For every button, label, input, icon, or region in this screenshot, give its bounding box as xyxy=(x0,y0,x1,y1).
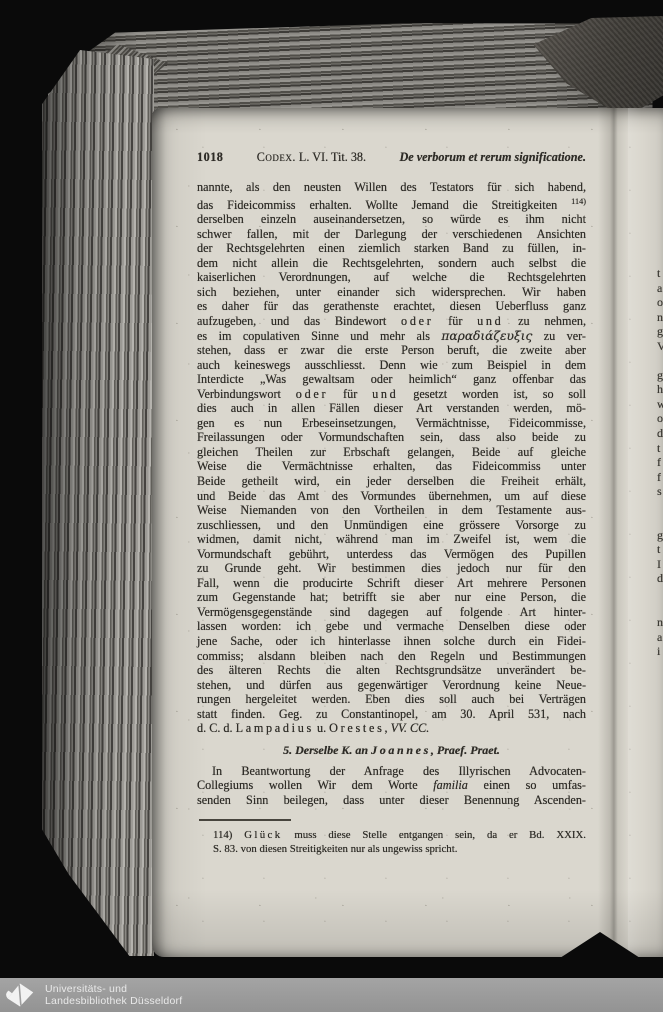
text-line: Vermögensgegenstände sind dagegen auf fo… xyxy=(197,605,586,620)
page-edges-left xyxy=(42,50,154,956)
text-fragment xyxy=(657,353,663,368)
text-fragment: i xyxy=(657,644,663,659)
library-name: Universitäts- und Landesbibliothek Düsse… xyxy=(45,983,182,1008)
text-fragment xyxy=(657,513,663,528)
library-name-line1: Universitäts- und xyxy=(45,983,182,996)
text-fragment: h xyxy=(657,382,663,397)
text-line: jene Sache, oder ich hinterlasse ihnen s… xyxy=(197,634,586,649)
text-line: schwer fallen, mit der Darlegung der ver… xyxy=(197,227,586,242)
text-line: der Rechtsgelehrten einen ziemlich stark… xyxy=(197,241,586,256)
text-line: In Beantwortung der Anfrage des Illyrisc… xyxy=(197,764,586,779)
text-fragment: d xyxy=(657,426,663,441)
text-fragment: n xyxy=(657,615,663,630)
text-line: senden Sinn beilegen, dass unter dieser … xyxy=(197,793,586,808)
text-line: gen es nun Erbeseinsetzungen, Vermächtni… xyxy=(197,416,586,431)
header-running-title: De verborum et rerum significatione. xyxy=(399,150,586,165)
text-line: Beide getheilt wird, ein jeder derselben… xyxy=(197,474,586,489)
running-header: 1018 Codex. L. VI. Tit. 38. De verborum … xyxy=(197,150,586,165)
section-heading: 5. Derselbe K. an Joannes, Praef. Praet. xyxy=(197,743,586,758)
page-number: 1018 xyxy=(197,150,223,165)
text-line: zu Grunde geht. Wir bestimmen dies jedoc… xyxy=(197,561,586,576)
text-line: rungen hergeleitet werden. Eben dies sol… xyxy=(197,692,586,707)
text-fragment: a xyxy=(657,630,663,645)
text-line: Vormundschaft gebührt, unterdess das Ver… xyxy=(197,547,586,562)
page-bottom-shadow xyxy=(560,932,640,958)
text-line: stehen, dass er zwar die erste Person be… xyxy=(197,343,586,358)
book-page: taongVghwodtffsgtIdnai 1018 Codex. L. VI… xyxy=(152,108,663,957)
text-fragment: f xyxy=(657,470,663,485)
text-fragment: s xyxy=(657,484,663,499)
facing-page-text-fragments: taongVghwodtffsgtIdnai xyxy=(657,266,663,659)
text-fragment: w xyxy=(657,397,663,412)
text-line: zuschliessen, und den Unmündigen eine gr… xyxy=(197,518,586,533)
text-line: aufzugeben, und das Bindewort oder für u… xyxy=(197,314,586,329)
library-watermark-bar: Universitäts- und Landesbibliothek Düsse… xyxy=(0,978,663,1012)
text-line: nannte, als den neusten Willen des Testa… xyxy=(197,180,586,195)
text-line: d. C. d. Lampadius u. Orestes, VV. CC. xyxy=(197,721,586,736)
text-fragment: g xyxy=(657,368,663,383)
text-line: Weise die Vermächtnisse erhalten, das Fi… xyxy=(197,459,586,474)
text-line: statt finden. Geg. zu Constantinopel, am… xyxy=(197,707,586,722)
text-line: Interdicte „Was gewaltsam oder heimlich“… xyxy=(197,372,586,387)
text-line: widmen, damit nicht, während man im Zwei… xyxy=(197,532,586,547)
text-fragment: f xyxy=(657,455,663,470)
text-fragment: g xyxy=(657,324,663,339)
text-line: Collegiums wollen Wir dem Worte familia … xyxy=(197,778,586,793)
text-line: dies auch in allen Fällen dieser Art ver… xyxy=(197,401,586,416)
text-line: und Beide das Amt des Vormundes übernehm… xyxy=(197,489,586,504)
text-line: das Fideicommiss erhalten. Wollte Jemand… xyxy=(197,195,586,213)
text-line: gleichen Theilen zur Erbschaft gelangen,… xyxy=(197,445,586,460)
text-line: derselben einzeln auseinandersetzen, so … xyxy=(197,212,586,227)
second-paragraph: In Beantwortung der Anfrage des Illyrisc… xyxy=(197,764,586,808)
text-line: lassen worden: ich gebe und vermache Den… xyxy=(197,619,586,634)
text-fragment xyxy=(657,586,663,601)
text-fragment: a xyxy=(657,281,663,296)
main-paragraph: nannte, als den neusten Willen des Testa… xyxy=(197,180,586,736)
text-fragment: o xyxy=(657,411,663,426)
text-line: Fall, wenn die producirte Schrift dieser… xyxy=(197,576,586,591)
gutter-fold xyxy=(598,108,628,957)
text-line: dem nicht allein die Rechtsgelehrten, so… xyxy=(197,256,586,271)
text-fragment: o xyxy=(657,295,663,310)
text-line: Weise Niemanden von den Vortheilen in de… xyxy=(197,503,586,518)
scan-viewport: taongVghwodtffsgtIdnai 1018 Codex. L. VI… xyxy=(0,0,663,1012)
text-line: es im copulativen Sinne und mehr als παρ… xyxy=(197,329,586,344)
text-fragment: t xyxy=(657,266,663,281)
text-fragment xyxy=(657,601,663,616)
text-fragment: I xyxy=(657,557,663,572)
footnote: 114) Glück muss diese Stelle entgangen s… xyxy=(197,829,586,855)
text-line: zum Gegenstande hat; betrifft sie aber n… xyxy=(197,590,586,605)
text-line: 114) Glück muss diese Stelle entgangen s… xyxy=(197,829,586,842)
text-line: commiss; alsdann bleiben nach den Regeln… xyxy=(197,649,586,664)
library-name-line2: Landesbibliothek Düsseldorf xyxy=(45,995,182,1008)
text-line: Verbindungswort oder für und gesetzt wor… xyxy=(197,387,586,402)
text-fragment: t xyxy=(657,542,663,557)
text-line: Freilassungen oder Vormundschaften sein,… xyxy=(197,430,586,445)
text-fragment: V xyxy=(657,339,663,354)
text-fragment: t xyxy=(657,441,663,456)
text-line: des älteren Rechts die alten Rechtsgrund… xyxy=(197,663,586,678)
footnote-rule xyxy=(199,819,291,821)
text-line: auch keineswegs ausschliesst. Denn wie z… xyxy=(197,358,586,373)
text-line: sich beziehen, unter einander sich wider… xyxy=(197,285,586,300)
text-line: kaiserlichen Verordnungen, auf welche di… xyxy=(197,270,586,285)
text-line: es daher für das gerathenste erachtet, d… xyxy=(197,299,586,314)
page-content: 1018 Codex. L. VI. Tit. 38. De verborum … xyxy=(197,150,586,856)
text-fragment: g xyxy=(657,528,663,543)
header-reference: Codex. L. VI. Tit. 38. xyxy=(257,150,366,165)
text-fragment: n xyxy=(657,310,663,325)
text-line: stehen, und dürfen aus gegenwärtiger Ver… xyxy=(197,678,586,693)
ulb-logo-book-icon xyxy=(5,981,35,1009)
text-fragment: d xyxy=(657,571,663,586)
text-line: S. 83. von diesen Streitigkeiten nur als… xyxy=(197,843,586,856)
text-fragment xyxy=(657,499,663,514)
